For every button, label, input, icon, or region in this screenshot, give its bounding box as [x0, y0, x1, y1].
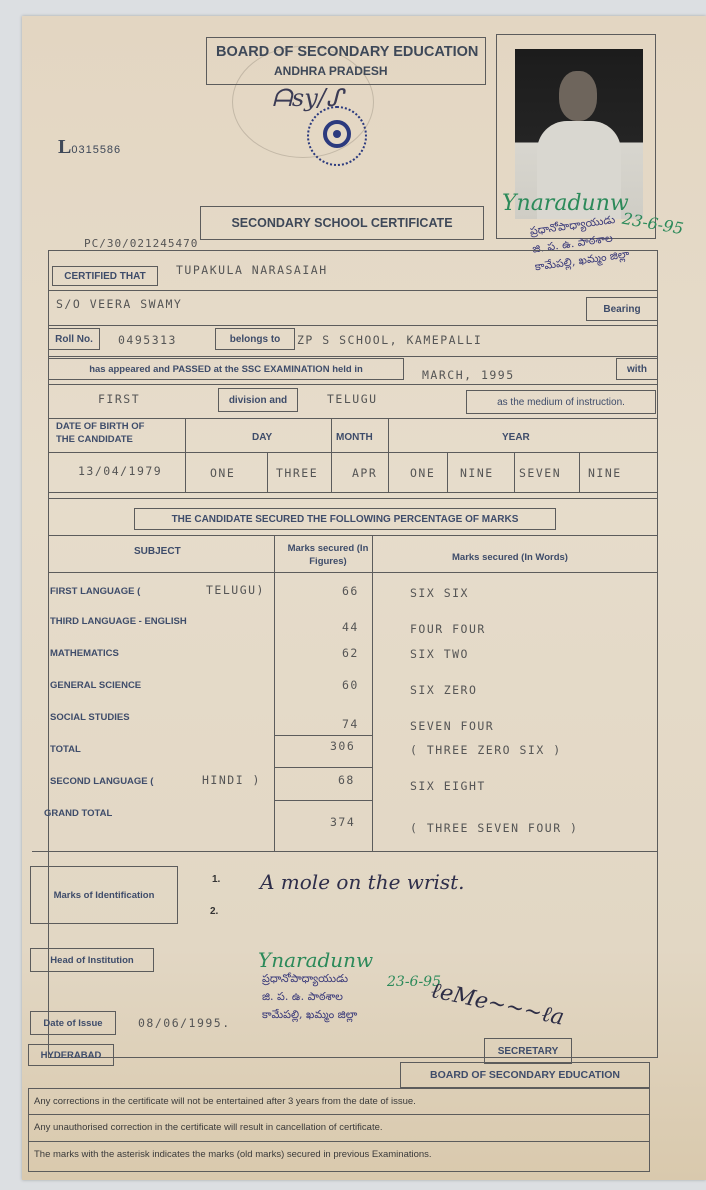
dob-year-label: YEAR — [502, 432, 530, 443]
identification-num-2: 2. — [210, 906, 218, 917]
identification-num-1: 1. — [212, 874, 220, 885]
col-divider — [331, 418, 332, 492]
date-of-issue: 08/06/1995. — [138, 1016, 231, 1030]
row-divider — [48, 418, 658, 419]
figures-divider — [274, 735, 372, 736]
row-divider — [48, 498, 658, 499]
head-signature: Ynaradunw — [258, 948, 373, 972]
marks-words: FOUR FOUR — [410, 622, 486, 636]
figures-col-right — [372, 535, 373, 851]
col-divider — [514, 452, 515, 492]
marks-figures: 44 — [342, 620, 359, 634]
notes-divider — [28, 1114, 650, 1115]
exam-held: MARCH, 1995 — [422, 368, 515, 382]
belongs-to-label: belongs to — [215, 328, 295, 350]
subject-name: GENERAL SCIENCE — [50, 680, 141, 691]
marks-figures: 62 — [342, 646, 359, 660]
passed-label: has appeared and PASSED at the SSC EXAMI… — [48, 358, 404, 380]
dob-day-word-1: ONE — [210, 466, 235, 480]
col-divider — [388, 418, 389, 492]
row-divider — [48, 492, 658, 493]
row-divider — [48, 452, 658, 453]
marks-words: SEVEN FOUR — [410, 719, 494, 733]
roll-no: 0495313 — [118, 333, 177, 347]
dob-value: 13/04/1979 — [78, 464, 162, 478]
school-name: ZP S SCHOOL, KAMEPALLI — [297, 333, 482, 347]
marks-heading: THE CANDIDATE SECURED THE FOLLOWING PERC… — [134, 508, 556, 530]
certificate-paper: BOARD OF SECONDARY EDUCATION ANDHRA PRAD… — [22, 16, 706, 1180]
figures-divider — [274, 800, 372, 801]
marks-words: SIX SIX — [410, 586, 469, 600]
serial-number: L0315586 — [58, 136, 121, 159]
marks-figures: 74 — [342, 717, 359, 731]
reference-number: PC/30/021245470 — [84, 237, 198, 250]
place-label: HYDERABAD — [28, 1044, 114, 1066]
dob-month-label: MONTH — [336, 432, 373, 443]
subject-name: TOTAL — [50, 744, 81, 755]
col-words-header: Marks secured (In Words) — [452, 552, 568, 563]
figures-col-left — [274, 535, 275, 851]
subject-name: SOCIAL STUDIES — [50, 712, 130, 723]
marks-words: SIX ZERO — [410, 683, 477, 697]
date-of-issue-label: Date of Issue — [30, 1011, 116, 1035]
col-divider — [185, 418, 186, 492]
candidate-name: TUPAKULA NARASAIAH — [176, 263, 328, 277]
dob-year-word-3: SEVEN — [519, 466, 561, 480]
col-subject-header: SUBJECT — [134, 546, 181, 557]
subject-name: SECOND LANGUAGE ( — [50, 776, 153, 787]
notes-divider — [28, 1141, 650, 1142]
marks-words: ( THREE ZERO SIX ) — [410, 743, 562, 757]
dob-year-word-4: NINE — [588, 466, 622, 480]
board-signatory-label: BOARD OF SECONDARY EDUCATION — [400, 1062, 650, 1088]
head-of-institution-label: Head of Institution — [30, 948, 154, 972]
row-divider — [48, 384, 658, 385]
col-divider — [267, 452, 268, 492]
note-3: The marks with the asterisk indicates th… — [34, 1149, 432, 1160]
medium-label: as the medium of instruction. — [466, 390, 656, 414]
division-label: division and — [218, 388, 298, 412]
col-figures-header: Marks secured (In Figures) — [280, 542, 376, 568]
certified-that-label: CERTIFIED THAT — [52, 266, 158, 286]
parent-name: S/O VEERA SWAMY — [56, 297, 182, 311]
note-1: Any corrections in the certificate will … — [34, 1096, 416, 1107]
subject-name: MATHEMATICS — [50, 648, 119, 659]
official-initials: ᗩsy/ᔑ — [272, 84, 343, 112]
marks-words: SIX EIGHT — [410, 779, 486, 793]
dob-day-word-2: THREE — [276, 466, 318, 480]
col-divider — [447, 452, 448, 492]
figures-divider — [274, 767, 372, 768]
marks-figures: 306 — [330, 739, 355, 753]
subject-name: FIRST LANGUAGE ( — [50, 586, 140, 597]
dob-day-label: DAY — [252, 432, 272, 443]
head-stamp: ప్రధానోపాధ్యాయుడుజి. ప. ఉ. పాఠశాలకామేపల్… — [262, 970, 357, 1024]
col-divider — [579, 452, 580, 492]
bearing-label: Bearing — [586, 297, 658, 321]
subject-language: HINDI ) — [202, 773, 261, 787]
row-divider — [32, 851, 658, 852]
marks-words: ( THREE SEVEN FOUR ) — [410, 821, 578, 835]
subject-language: TELUGU) — [206, 583, 265, 597]
certificate-title: SECONDARY SCHOOL CERTIFICATE — [200, 206, 484, 240]
subject-name: GRAND TOTAL — [44, 808, 112, 819]
marks-figures: 374 — [330, 815, 355, 829]
identification-mark-1: A mole on the wrist. — [260, 870, 465, 894]
identification-label: Marks of Identification — [30, 866, 178, 924]
dob-month: APR — [352, 466, 377, 480]
dob-year-word-2: NINE — [460, 466, 494, 480]
row-divider — [48, 535, 658, 536]
with-label: with — [616, 358, 658, 380]
note-2: Any unauthorised correction in the certi… — [34, 1122, 383, 1133]
dob-year-word-1: ONE — [410, 466, 435, 480]
dob-label: DATE OF BIRTH OF THE CANDIDATE — [56, 420, 166, 446]
row-divider — [48, 325, 658, 326]
marks-words: SIX TWO — [410, 647, 469, 661]
marks-figures: 60 — [342, 678, 359, 692]
marks-figures: 66 — [342, 584, 359, 598]
division: FIRST — [98, 392, 140, 406]
row-divider — [48, 290, 658, 291]
row-divider — [48, 572, 658, 573]
subject-name: THIRD LANGUAGE - ENGLISH — [50, 616, 187, 627]
medium: TELUGU — [327, 392, 378, 406]
row-divider — [48, 356, 658, 357]
secretary-label: SECRETARY — [484, 1038, 572, 1064]
roll-no-label: Roll No. — [48, 328, 100, 350]
marks-figures: 68 — [338, 773, 355, 787]
